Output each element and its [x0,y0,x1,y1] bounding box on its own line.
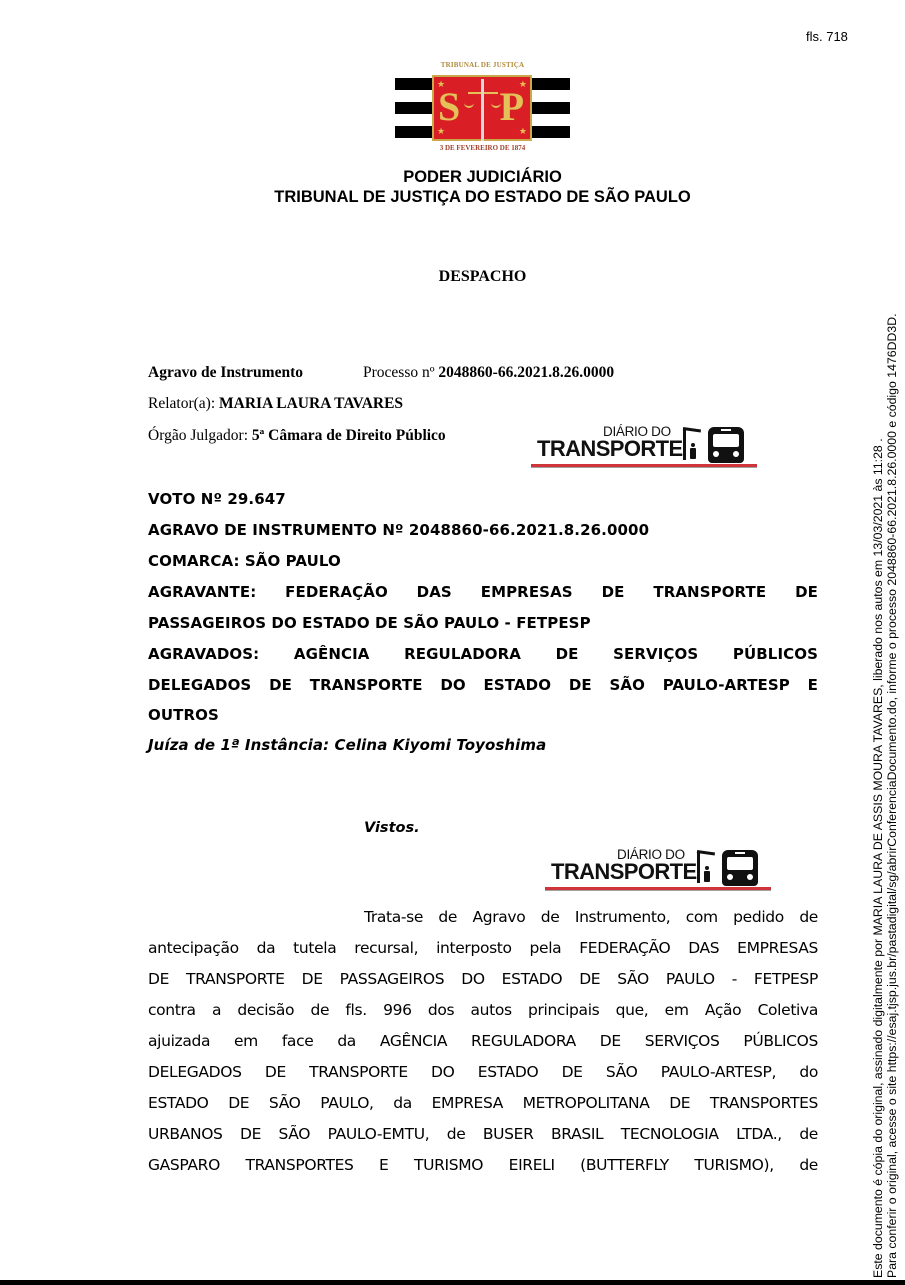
first-instance-judge: Juíza de 1ª Instância: Celina Kiyomi Toy… [148,730,818,761]
scale-pan-icon [464,101,474,108]
seal-shield: ★ ★ ★ ★ S P [432,75,532,141]
vote-number: VOTO Nº 29.647 [148,484,818,515]
appeal-type: Agravo de Instrumento [148,364,303,381]
process-number: 2048860-66.2021.8.26.0000 [438,364,614,381]
sword-icon [481,79,484,141]
document-page: fls. 718 TRIBUNAL DE JUSTIÇA ★ ★ ★ ★ S P… [0,0,905,1285]
appellant-line: AGRAVANTE: FEDERAÇÃO DAS EMPRESAS DE TRA… [148,577,818,608]
folio-number: fls. 718 [806,29,848,44]
judging-body-label: Órgão Julgador: [148,427,252,444]
watermark-underline [531,467,757,468]
comarca: COMARCA: SÃO PAULO [148,546,818,577]
signature-stamp-line2: Para conferir o original, acesse o site … [886,198,900,1278]
diario-do-transporte-watermark: DIÁRIO DO TRANSPORTE [531,424,759,470]
appellees-line: AGRAVADOS: AGÊNCIA REGULADORA DE SERVIÇO… [148,639,818,670]
body-text-line: Trata-se de Agravo de Instrumento, com p… [364,902,818,933]
signature-stamp-line1: Este documento é cópia do original, assi… [872,198,886,1278]
body-text-line: ESTADO DE SÃO PAULO, da EMPRESA METROPOL… [148,1088,818,1119]
body-text-line: ajuizada em face da AGÊNCIA REGULADORA D… [148,1026,818,1057]
person-icon [704,866,710,882]
judging-body-row: Órgão Julgador: 5ª Câmara de Direito Púb… [148,427,446,445]
appellees-line: DELEGADOS DE TRANSPORTE DO ESTADO DE SÃO… [148,670,818,701]
tjsp-seal-logo: TRIBUNAL DE JUSTIÇA ★ ★ ★ ★ S P 3 DE FEV… [395,60,570,160]
rapporteur-label: Relator(a): [148,395,219,412]
appellant-line: PASSAGEIROS DO ESTADO DE SÃO PAULO - FET… [148,608,818,639]
page-bottom-border [0,1280,905,1285]
header-poder-judiciario: PODER JUDICIÁRIO [0,168,905,187]
diario-do-transporte-watermark: DIÁRIO DO TRANSPORTE [545,847,773,893]
body-text-line: antecipação da tutela recursal, interpos… [148,933,818,964]
body-text-line: DELEGADOS DE TRANSPORTE DO ESTADO DE SÃO… [148,1057,818,1088]
opening-vistos: Vistos. [364,820,420,836]
body-text-line: GASPARO TRANSPORTES E TURISMO EIRELI (BU… [148,1150,818,1181]
process-number-field: Processo nº 2048860-66.2021.8.26.0000 [363,364,614,382]
watermark-line2: TRANSPORTE [551,859,697,885]
bus-icon [708,427,744,463]
watermark-underline [545,890,771,891]
watermark-line2: TRANSPORTE [537,436,683,462]
seal-letter-p: P [500,87,524,127]
rapporteur-row: Relator(a): MARIA LAURA TAVARES [148,395,403,413]
digital-signature-stamp: Este documento é cópia do original, assi… [872,198,899,1278]
bus-shelter-post-icon [697,851,700,883]
bus-icon [722,850,758,886]
seal-top-text: TRIBUNAL DE JUSTIÇA [395,61,570,69]
seal-bottom-text: 3 DE FEVEREIRO DE 1874 [395,144,570,152]
seal-letter-s: S [438,87,460,127]
body-text-line: DE TRANSPORTE DE PASSAGEIROS DO ESTADO D… [148,964,818,995]
judging-body: 5ª Câmara de Direito Público [252,427,446,444]
appeal-number: AGRAVO DE INSTRUMENTO Nº 2048860-66.2021… [148,515,818,546]
document-type-title: DESPACHO [0,268,905,286]
body-text-line: contra a decisão de fls. 996 dos autos p… [148,995,818,1026]
case-type-row: Agravo de Instrumento Processo nº 204886… [148,364,303,382]
process-label: Processo nº [363,364,438,381]
appellees-line: OUTROS [148,700,818,731]
bus-shelter-post-icon [683,428,686,460]
body-text-line: URBANOS DE SÃO PAULO-EMTU, de BUSER BRAS… [148,1119,818,1150]
header-tribunal: TRIBUNAL DE JUSTIÇA DO ESTADO DE SÃO PAU… [0,188,905,207]
person-icon [690,443,696,459]
rapporteur-name: MARIA LAURA TAVARES [219,395,403,412]
